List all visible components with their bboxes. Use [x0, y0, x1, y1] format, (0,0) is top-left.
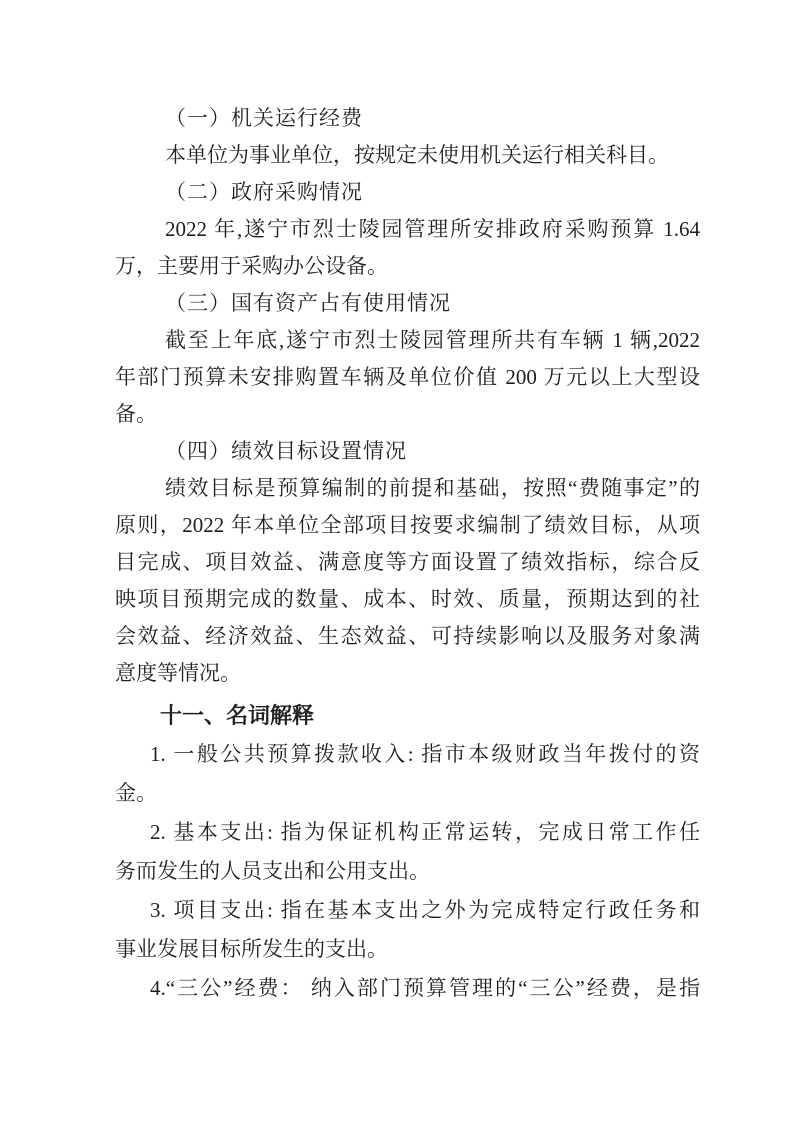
text-line: 目完成、项目效益、满意度等方面设置了绩效指标，综合反: [115, 544, 700, 581]
paragraph-performance-targets: 绩效目标是预算编制的前提和基础，按照“费随事定”的 原则，2022 年本单位全部…: [115, 470, 700, 692]
glossary-item-2: 2. 基本支出: 指为保证机构正常运转，完成日常工作任 务而发生的人员支出和公用…: [115, 813, 700, 891]
text-line: 1. 一般公共预算拨款收入: 指市本级财政当年拨付的资: [115, 735, 700, 774]
text-line: 备。: [115, 396, 700, 433]
paragraph-agency-operating-funds: 本单位为事业单位，按规定未使用机关运行相关科目。: [115, 137, 700, 174]
text-line: （二）政府采购情况: [115, 174, 700, 211]
glossary-item-3: 3. 项目支出: 指在基本支出之外为完成特定行政任务和 事业发展目标所发生的支出…: [115, 891, 700, 969]
text-line: 截至上年底,遂宁市烈士陵园管理所共有车辆 1 辆,2022: [115, 322, 700, 359]
text-line: 万，主要用于采购办公设备。: [115, 248, 700, 285]
text-line: 本单位为事业单位，按规定未使用机关运行相关科目。: [115, 137, 700, 174]
text-line: 3. 项目支出: 指在基本支出之外为完成特定行政任务和: [115, 891, 700, 930]
paragraph-state-assets: 截至上年底,遂宁市烈士陵园管理所共有车辆 1 辆,2022 年部门预算未安排购置…: [115, 322, 700, 433]
glossary-section: 十一、名词解释 1. 一般公共预算拨款收入: 指市本级财政当年拨付的资 金。 2…: [115, 696, 700, 1008]
budget-notes-section: （一）机关运行经费 本单位为事业单位，按规定未使用机关运行相关科目。 （二）政府…: [115, 100, 700, 692]
glossary-item-1: 1. 一般公共预算拨款收入: 指市本级财政当年拨付的资 金。: [115, 735, 700, 813]
text-line: 事业发展目标所发生的支出。: [115, 930, 700, 969]
text-line: 映项目预期完成的数量、成本、时效、质量，预期达到的社: [115, 581, 700, 618]
subsection-heading-1: （一）机关运行经费: [115, 100, 700, 137]
text-line: 意度等情况。: [115, 655, 700, 692]
text-line: 年部门预算未安排购置车辆及单位价值 200 万元以上大型设: [115, 359, 700, 396]
text-line: 4.“三公”经费： 纳入部门预算管理的“三公”经费，是指: [115, 969, 700, 1008]
text-line: 2. 基本支出: 指为保证机构正常运转，完成日常工作任: [115, 813, 700, 852]
text-line: （一）机关运行经费: [115, 100, 700, 137]
text-line: 务而发生的人员支出和公用支出。: [115, 852, 700, 891]
document-page: （一）机关运行经费 本单位为事业单位，按规定未使用机关运行相关科目。 （二）政府…: [0, 0, 793, 1122]
glossary-item-4: 4.“三公”经费： 纳入部门预算管理的“三公”经费，是指: [115, 969, 700, 1008]
text-line: （三）国有资产占有使用情况: [115, 285, 700, 322]
text-line: 绩效目标是预算编制的前提和基础，按照“费随事定”的: [115, 470, 700, 507]
text-line: 2022 年,遂宁市烈士陵园管理所安排政府采购预算 1.64: [115, 211, 700, 248]
text-line: 会效益、经济效益、生态效益、可持续影响以及服务对象满: [115, 618, 700, 655]
subsection-heading-3: （三）国有资产占有使用情况: [115, 285, 700, 322]
subsection-heading-4: （四）绩效目标设置情况: [115, 433, 700, 470]
text-line: 金。: [115, 774, 700, 813]
paragraph-government-procurement: 2022 年,遂宁市烈士陵园管理所安排政府采购预算 1.64 万，主要用于采购办…: [115, 211, 700, 285]
subsection-heading-2: （二）政府采购情况: [115, 174, 700, 211]
text-line: 十一、名词解释: [115, 696, 700, 735]
document-content: （一）机关运行经费 本单位为事业单位，按规定未使用机关运行相关科目。 （二）政府…: [115, 100, 700, 1008]
section-heading-glossary: 十一、名词解释: [115, 696, 700, 735]
text-line: （四）绩效目标设置情况: [115, 433, 700, 470]
text-line: 原则，2022 年本单位全部项目按要求编制了绩效目标，从项: [115, 507, 700, 544]
